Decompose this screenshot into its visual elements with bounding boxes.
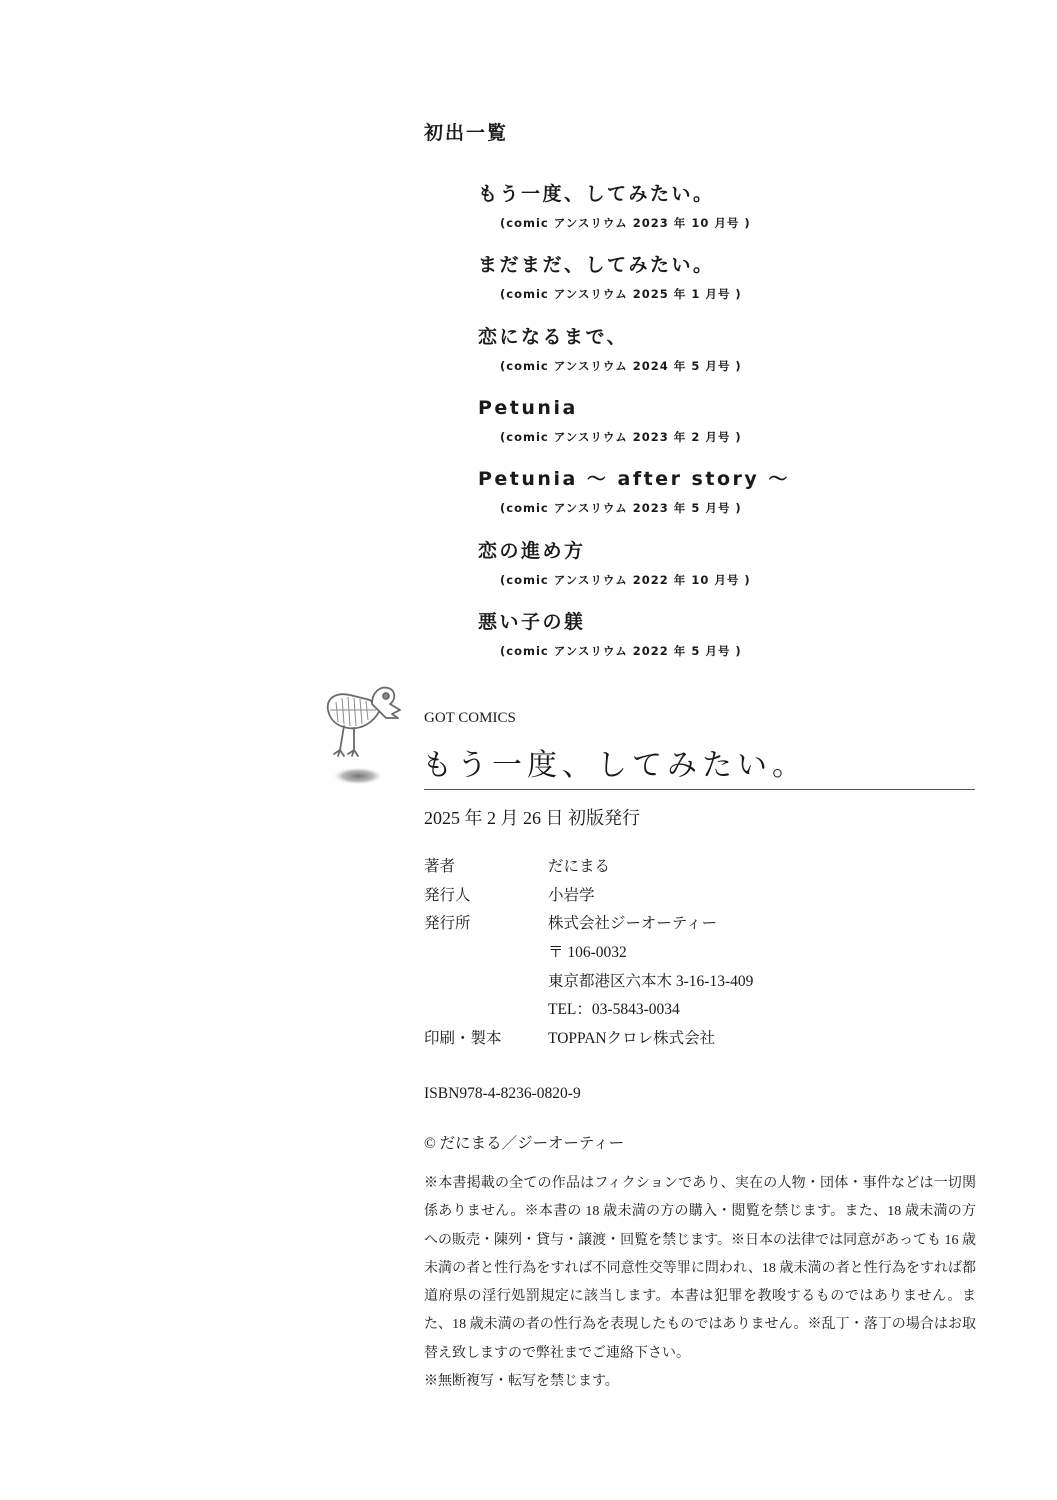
credit-row-author: 著者 だにまる (424, 856, 753, 885)
work-source: (comic アンスリウム 2022 年 5 月号 ) (500, 643, 742, 659)
work-entry: 恋の進め方 (comic アンスリウム 2022 年 10 月号 ) (478, 539, 751, 588)
work-source: (comic アンスリウム 2022 年 10 月号 ) (500, 572, 751, 588)
credit-key (424, 971, 548, 1000)
work-title: もう一度、してみたい。 (478, 182, 751, 206)
credit-value: 東京都港区六本木 3-16-13-409 (548, 971, 753, 1000)
work-title: 恋になるまで、 (478, 325, 742, 349)
work-entry: 悪い子の躾 (comic アンスリウム 2022 年 5 月号 ) (478, 610, 742, 659)
credit-key: 発行所 (424, 913, 548, 942)
work-title: Petunia (478, 396, 742, 420)
credit-row-printer: 印刷・製本 TOPPANクロレ株式会社 (424, 1028, 753, 1057)
work-title: Petunia 〜 after story 〜 (478, 467, 790, 491)
work-title: 恋の進め方 (478, 539, 751, 563)
credits-table: 著者 だにまる 発行人 小岩学 発行所 株式会社ジーオーティー 〒 106-00… (424, 856, 753, 1057)
credit-row-phone: TEL：03-5843-0034 (424, 999, 753, 1028)
credit-key: 印刷・製本 (424, 1028, 548, 1057)
work-source: (comic アンスリウム 2023 年 10 月号 ) (500, 215, 751, 231)
work-source: (comic アンスリウム 2025 年 1 月号 ) (500, 286, 742, 302)
divider (424, 789, 975, 790)
work-entry: 恋になるまで、 (comic アンスリウム 2024 年 5 月号 ) (478, 325, 742, 374)
credit-row-publisher: 発行所 株式会社ジーオーティー (424, 913, 753, 942)
work-entry: Petunia 〜 after story 〜 (comic アンスリウム 20… (478, 467, 790, 516)
work-title: まだまだ、してみたい。 (478, 253, 742, 277)
credit-key: 著者 (424, 856, 548, 885)
work-entry: もう一度、してみたい。 (comic アンスリウム 2023 年 10 月号 ) (478, 182, 751, 231)
work-title: 悪い子の躾 (478, 610, 742, 634)
credit-key (424, 999, 548, 1028)
imprint-label: GOT COMICS (424, 710, 516, 727)
bird-mascot-icon (322, 680, 422, 790)
credit-key: 発行人 (424, 885, 548, 914)
isbn: ISBN978-4-8236-0820-9 (424, 1085, 581, 1103)
credit-row-publisher-person: 発行人 小岩学 (424, 885, 753, 914)
work-source: (comic アンスリウム 2023 年 2 月号 ) (500, 429, 742, 445)
credit-value: TEL：03-5843-0034 (548, 999, 680, 1028)
notice-paragraph: ※本書掲載の全ての作品はフィクションであり、実在の人物・団体・事件などは一切関係… (424, 1170, 976, 1368)
credit-row-address: 東京都港区六本木 3-16-13-409 (424, 971, 753, 1000)
publication-date: 2025 年 2 月 26 日 初版発行 (424, 804, 640, 830)
copyright-line: © だにまる／ジーオーティー (424, 1131, 624, 1153)
credit-value: TOPPANクロレ株式会社 (548, 1028, 715, 1057)
credit-value: 株式会社ジーオーティー (548, 913, 717, 942)
credit-value: 〒 106-0032 (548, 942, 627, 971)
legal-notice: ※本書掲載の全ての作品はフィクションであり、実在の人物・団体・事件などは一切関係… (424, 1170, 976, 1396)
first-appearance-heading: 初出一覧 (424, 118, 508, 145)
work-entry: Petunia (comic アンスリウム 2023 年 2 月号 ) (478, 396, 742, 445)
notice-paragraph: ※無断複写・転写を禁じます。 (424, 1368, 976, 1396)
work-source: (comic アンスリウム 2024 年 5 月号 ) (500, 358, 742, 374)
credit-value: 小岩学 (548, 885, 595, 914)
book-title: もう一度、してみたい。 (422, 740, 807, 784)
work-source: (comic アンスリウム 2023 年 5 月号 ) (500, 500, 790, 516)
work-entry: まだまだ、してみたい。 (comic アンスリウム 2025 年 1 月号 ) (478, 253, 742, 302)
credit-key (424, 942, 548, 971)
credit-row-postal-code: 〒 106-0032 (424, 942, 753, 971)
credit-value: だにまる (548, 856, 610, 885)
